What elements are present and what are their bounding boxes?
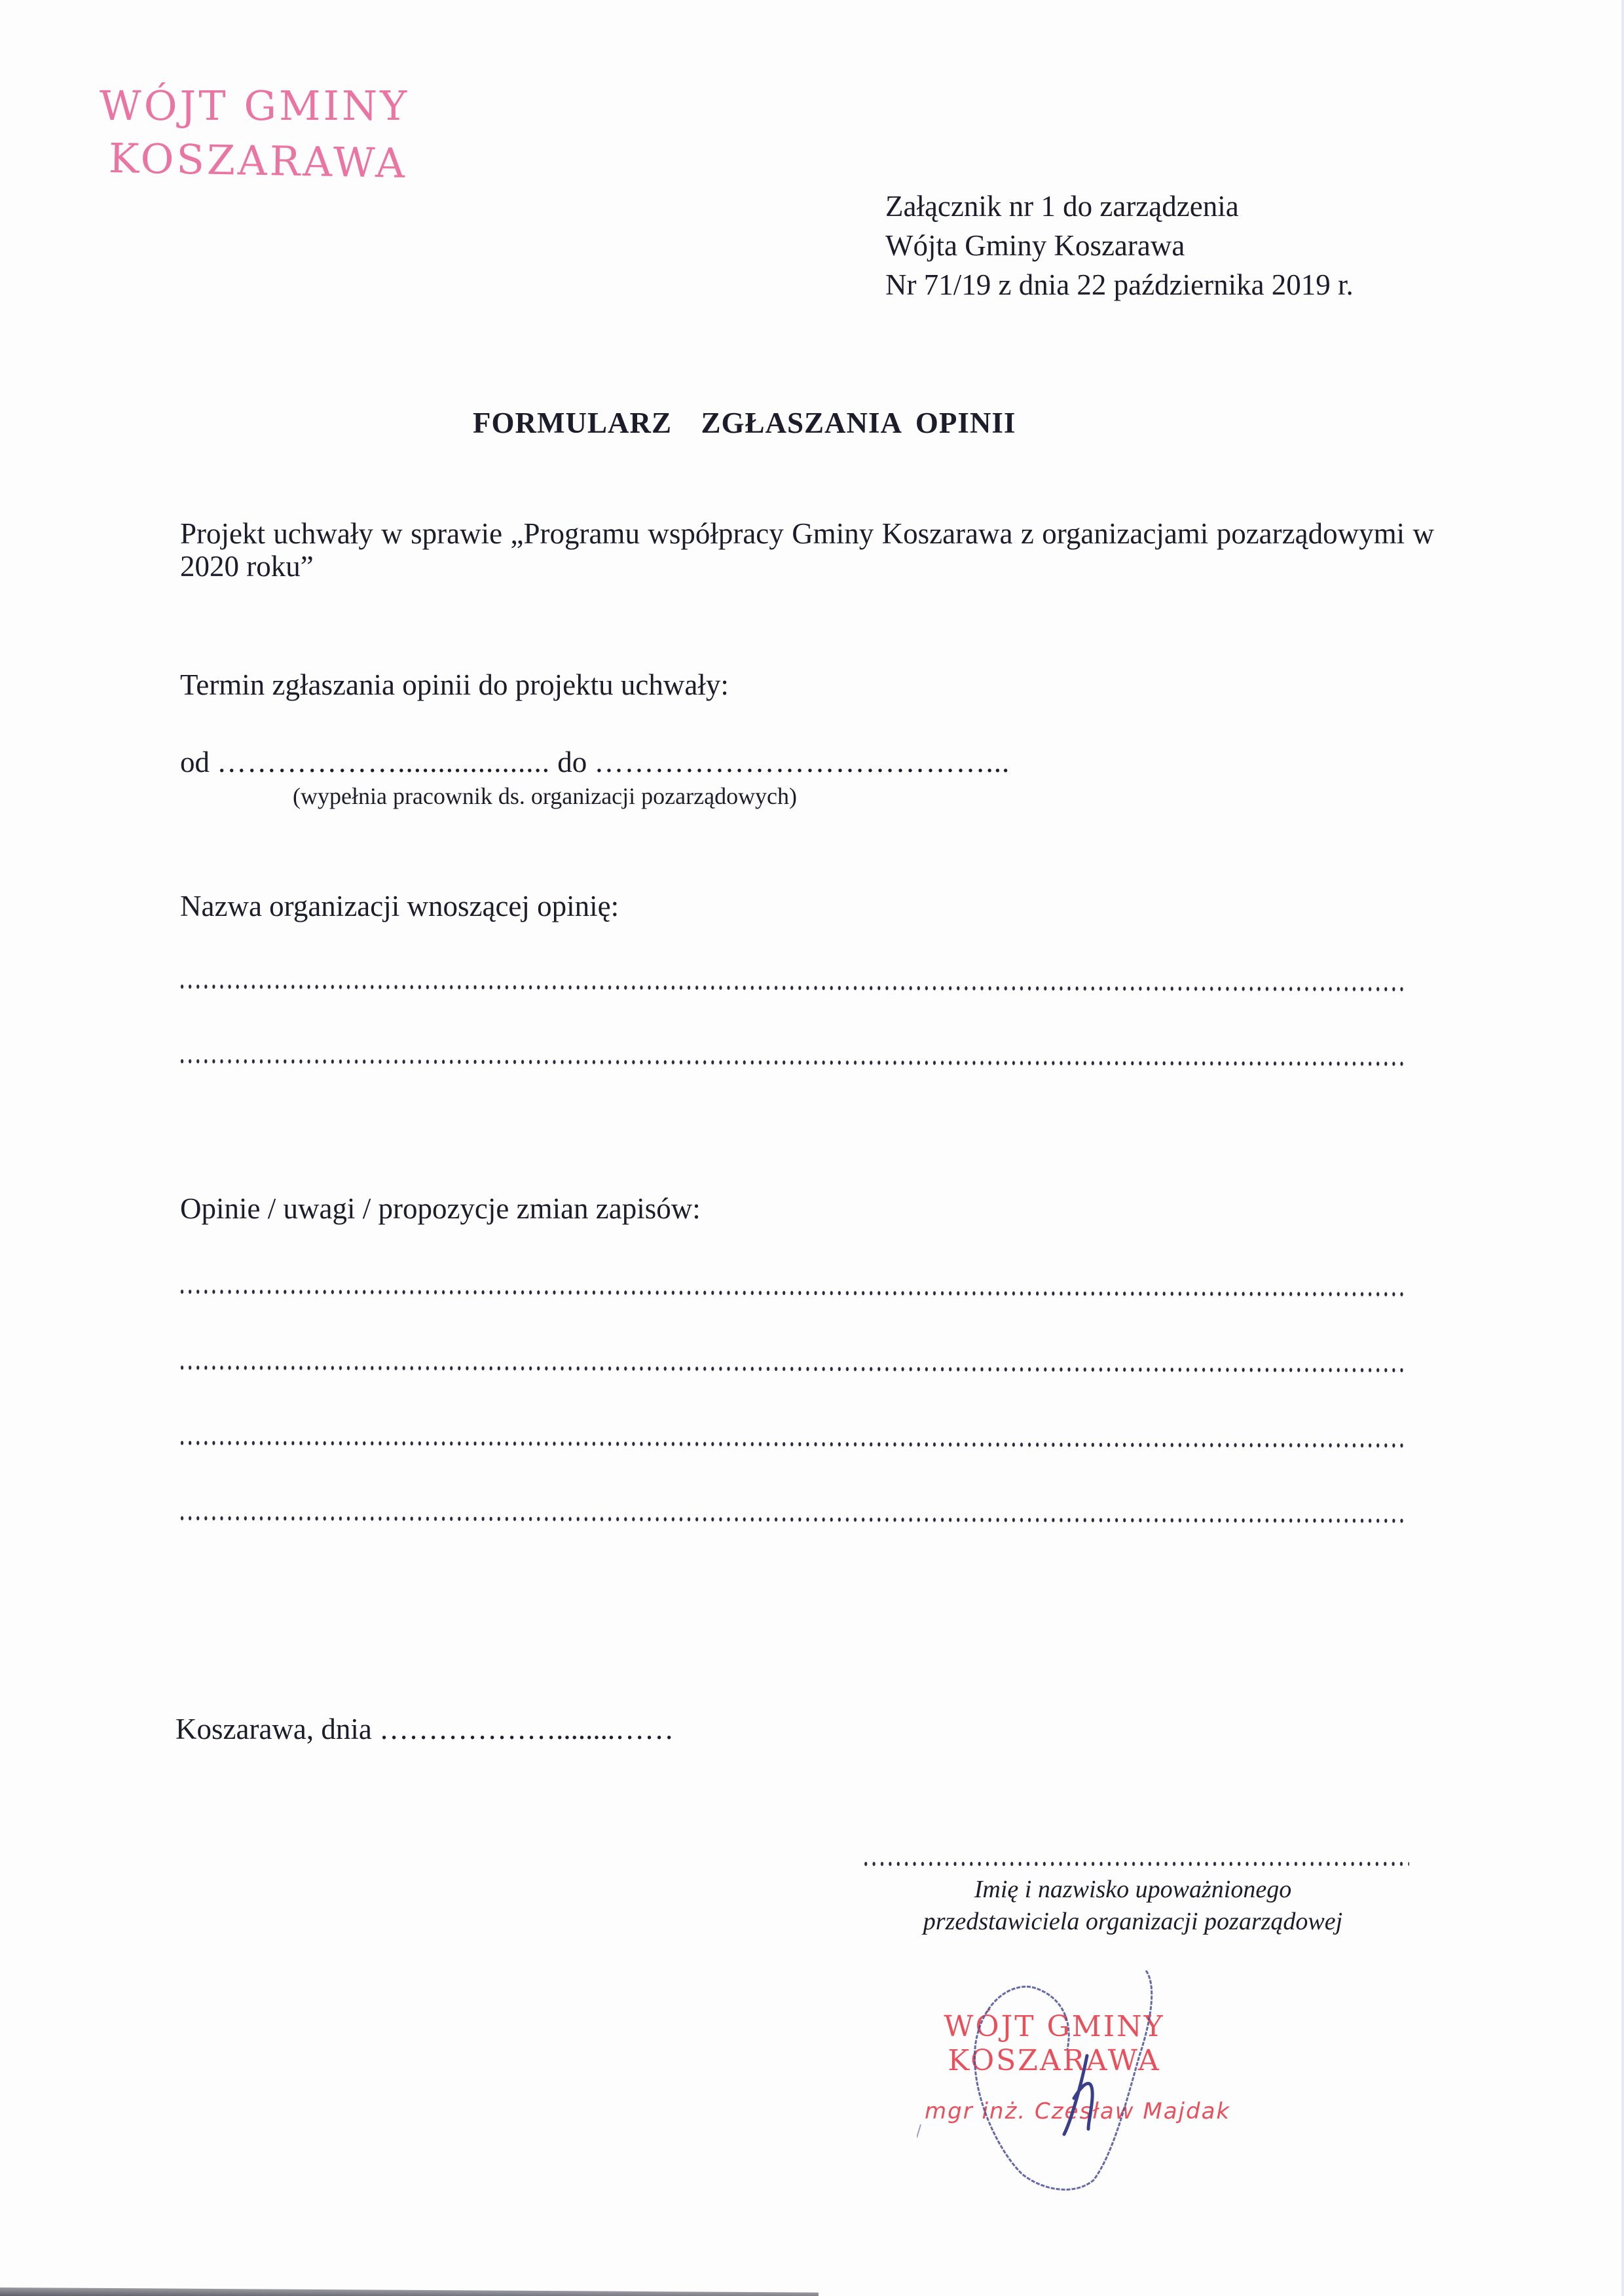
handwritten-signature-icon [917, 1958, 1231, 2193]
opinions-field-line-3[interactable] [178, 1440, 1404, 1448]
place-date: Koszarawa, dnia ………………........…… [175, 1712, 674, 1746]
opinions-field-line-4[interactable] [178, 1516, 1404, 1523]
to-date-field[interactable]: …………………………………... [595, 746, 1010, 778]
scan-edge [0, 2287, 819, 2296]
deadline-label: Termin zgłaszania opinii do projektu uch… [180, 668, 729, 702]
place-date-label: Koszarawa, dnia [175, 1713, 372, 1745]
attachment-line2: Wójta Gminy Koszarawa [885, 226, 1354, 265]
attachment-line1: Załącznik nr 1 do zarządzenia [885, 187, 1354, 226]
stamp-top: WÓJT GMINY KOSZARAWA [100, 80, 409, 185]
attachment-note: Załącznik nr 1 do zarządzenia Wójta Gmin… [885, 187, 1354, 304]
from-date-field[interactable]: ………………................... [217, 746, 550, 778]
organization-field-line-1[interactable] [178, 984, 1404, 992]
stamp-top-line1: WÓJT GMINY [100, 80, 409, 132]
project-description: Projekt uchwały w sprawie „Programu wspó… [180, 517, 1434, 583]
attachment-line3: Nr 71/19 z dnia 22 października 2019 r. [885, 265, 1354, 304]
opinions-field-line-1[interactable] [178, 1289, 1404, 1297]
to-label: do [557, 746, 587, 778]
opinions-label: Opinie / uwagi / propozycje zmian zapisó… [180, 1192, 701, 1226]
stamp-top-line2: KOSZARAWA [108, 132, 409, 190]
deadline-fields: od ………………................... do ……………………… [180, 745, 1010, 779]
scan-edge-right [1621, 0, 1624, 2296]
signature-caption-line1: Imię i nazwisko upoważnionego [877, 1874, 1388, 1906]
date-field[interactable]: ………………........…… [379, 1713, 674, 1745]
deadline-hint: (wypełnia pracownik ds. organizacji poza… [293, 782, 797, 810]
signature-field[interactable] [862, 1861, 1409, 1867]
from-label: od [180, 746, 210, 778]
signature-caption-line2: przedstawiciela organizacji pozarządowej [877, 1906, 1388, 1938]
page-title: FORMULARZ ZGŁASZANIA OPINII [473, 406, 1016, 440]
organization-label: Nazwa organizacji wnoszącej opinię: [180, 889, 619, 923]
opinions-field-line-2[interactable] [178, 1365, 1404, 1373]
organization-field-line-2[interactable] [178, 1059, 1404, 1066]
signature-caption: Imię i nazwisko upoważnionego przedstawi… [877, 1874, 1388, 1938]
